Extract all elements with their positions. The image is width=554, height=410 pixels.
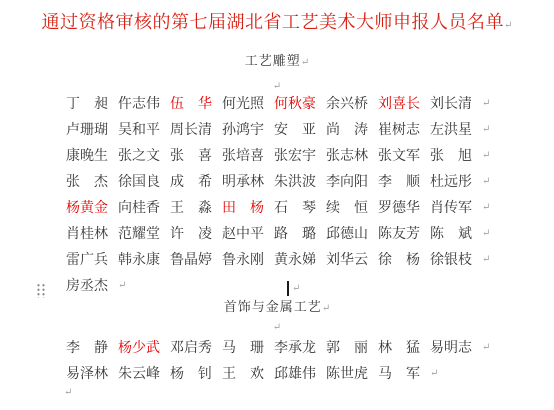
person-name: 李承龙 [274, 337, 316, 357]
person-name: 何秋豪 [274, 93, 316, 113]
name-row: 康晚生张之文张 喜张培喜张宏宇张志林张文军张 旭↵ [66, 142, 554, 168]
document-title: 通过资格审核的第七届湖北省工艺美术大师申报人员名单 [42, 12, 505, 32]
person-name: 王 欢 [222, 363, 264, 383]
section-craft-sculpture-rows: 丁 昶仵志伟伍 华何光照何秋豪余兴桥刘喜长刘长清↵卢珊瑚吴和平周长清孙鸿宇安 亚… [66, 90, 554, 298]
section-header-jewelry-metal: 首饰与金属工艺 [224, 299, 322, 314]
person-name: 明承林 [222, 171, 264, 191]
name-row: 卢珊瑚吴和平周长清孙鸿宇安 亚尚 涛崔树志左洪星↵ [66, 116, 554, 142]
person-name: 杨黄金 [66, 197, 108, 217]
person-name: 林 猛 [378, 337, 420, 357]
name-row: 杨黄金向桂香王 淼田 杨石 琴续 恒罗德华肖传军↵ [66, 194, 554, 220]
person-name: 陈友芳 [378, 223, 420, 243]
person-name: 石 琴 [274, 197, 316, 217]
person-name: 赵中平 [222, 223, 264, 243]
person-name: 安 亚 [274, 119, 316, 139]
paragraph-mark-icon: ↵ [482, 342, 490, 353]
name-row: 张 杰徐国良成 希明承林朱洪波李向阳李 顺杜远彤↵ [66, 168, 554, 194]
person-name: 范耀堂 [118, 223, 160, 243]
person-name: 罗德华 [378, 197, 420, 217]
person-name: 杜远彤 [430, 171, 472, 191]
name-row: 肖桂林范耀堂许 凌赵中平路 璐邱德山陈友芳陈 斌↵ [66, 220, 554, 246]
person-name: 张 杰 [66, 171, 108, 191]
person-name: 卢珊瑚 [66, 119, 108, 139]
person-name: 徐 杨 [378, 249, 420, 269]
person-name: 肖传军 [430, 197, 472, 217]
paragraph-mark-icon: ↵ [64, 385, 72, 400]
person-name: 马 军 [378, 363, 420, 383]
person-name: 张文军 [378, 145, 420, 165]
person-name: 仵志伟 [118, 93, 160, 113]
paragraph-mark-icon: ↵ [482, 228, 490, 239]
paragraph-mark-icon: ↵ [482, 98, 490, 109]
person-name: 朱洪波 [274, 171, 316, 191]
person-name: 康晚生 [66, 145, 108, 165]
document-title-line: 通过资格审核的第七届湖北省工艺美术大师申报人员名单↵ [0, 9, 554, 39]
paragraph-mark-icon: ↵ [118, 280, 126, 291]
person-name: 鲁晶婷 [170, 249, 212, 269]
person-name: 刘长清 [430, 93, 472, 113]
person-name: 房丞杰 [66, 275, 108, 295]
paragraph-mark-icon: ↵ [482, 124, 490, 135]
name-row: 易泽林朱云峰杨 钊王 欢邱雄伟陈世虎马 军↵ [66, 360, 554, 386]
person-name: 陈 斌 [430, 223, 472, 243]
person-name: 郭 丽 [326, 337, 368, 357]
person-name: 田 杨 [222, 197, 264, 217]
person-name: 鲁永刚 [222, 249, 264, 269]
name-row: 丁 昶仵志伟伍 华何光照何秋豪余兴桥刘喜长刘长清↵ [66, 90, 554, 116]
person-name: 杨少武 [118, 337, 160, 357]
person-name: 易明志 [430, 337, 472, 357]
paragraph-mark-icon: ↵ [482, 176, 490, 187]
name-row: 李 静杨少武邓启秀马 珊李承龙郭 丽林 猛易明志↵ [66, 334, 554, 360]
person-name: 王 淼 [170, 197, 212, 217]
person-name: 雷广兵 [66, 249, 108, 269]
person-name: 邓启秀 [170, 337, 212, 357]
person-name: 马 珊 [222, 337, 264, 357]
name-row: 雷广兵韩永康鲁晶婷鲁永刚黄永娣刘华云徐 杨徐银枝↵ [66, 246, 554, 272]
person-name: 邱德山 [326, 223, 368, 243]
person-name: 李向阳 [326, 171, 368, 191]
person-name: 吴和平 [118, 119, 160, 139]
paragraph-mark-icon: ↵ [430, 368, 438, 379]
person-name: 朱云峰 [118, 363, 160, 383]
person-name: 刘华云 [326, 249, 368, 269]
person-name: 邱雄伟 [274, 363, 316, 383]
person-name: 许 凌 [170, 223, 212, 243]
person-name: 张 旭 [430, 145, 472, 165]
person-name: 伍 华 [170, 93, 212, 113]
person-name: 李 静 [66, 337, 108, 357]
person-name: 路 璐 [274, 223, 316, 243]
person-name: 张志林 [326, 145, 368, 165]
person-name: 左洪星 [430, 119, 472, 139]
person-name: 张宏宇 [274, 145, 316, 165]
paragraph-mark-icon: ↵ [482, 202, 490, 213]
person-name: 余兴桥 [326, 93, 368, 113]
person-name: 韩永康 [118, 249, 160, 269]
paragraph-mark-icon: ↵ [504, 20, 512, 31]
person-name: 尚 涛 [326, 119, 368, 139]
person-name: 黄永娣 [274, 249, 316, 269]
paragraph-mark-icon: ↵ [273, 322, 281, 333]
person-name: 何光照 [222, 93, 264, 113]
section-header-craft-sculpture: 工艺雕塑 [245, 53, 301, 68]
person-name: 杨 钊 [170, 363, 212, 383]
person-name: 易泽林 [66, 363, 108, 383]
person-name: 向桂香 [118, 197, 160, 217]
document-canvas[interactable]: 通过资格审核的第七届湖北省工艺美术大师申报人员名单↵ 工艺雕塑↵ ↵ 丁 昶仵志… [0, 0, 554, 410]
person-name: 周长清 [170, 119, 212, 139]
person-name: 续 恒 [326, 197, 368, 217]
person-name: 刘喜长 [378, 93, 420, 113]
person-name: 肖桂林 [66, 223, 108, 243]
person-name: 孙鸿宇 [222, 119, 264, 139]
paragraph-mark-icon: ↵ [482, 150, 490, 161]
section-jewelry-metal-rows: 李 静杨少武邓启秀马 珊李承龙郭 丽林 猛易明志↵易泽林朱云峰杨 钊王 欢邱雄伟… [66, 334, 554, 386]
paragraph-mark-icon: ↵ [301, 57, 309, 68]
paragraph-mark-icon: ↵ [482, 254, 490, 265]
person-name: 徐国良 [118, 171, 160, 191]
person-name: 成 希 [170, 171, 212, 191]
person-name: 李 顺 [378, 171, 420, 191]
person-name: 崔树志 [378, 119, 420, 139]
person-name: 徐银枝 [430, 249, 472, 269]
person-name: 张培喜 [222, 145, 264, 165]
person-name: 陈世虎 [326, 363, 368, 383]
person-name: 张之文 [118, 145, 160, 165]
person-name: 丁 昶 [66, 93, 108, 113]
person-name: 张 喜 [170, 145, 212, 165]
